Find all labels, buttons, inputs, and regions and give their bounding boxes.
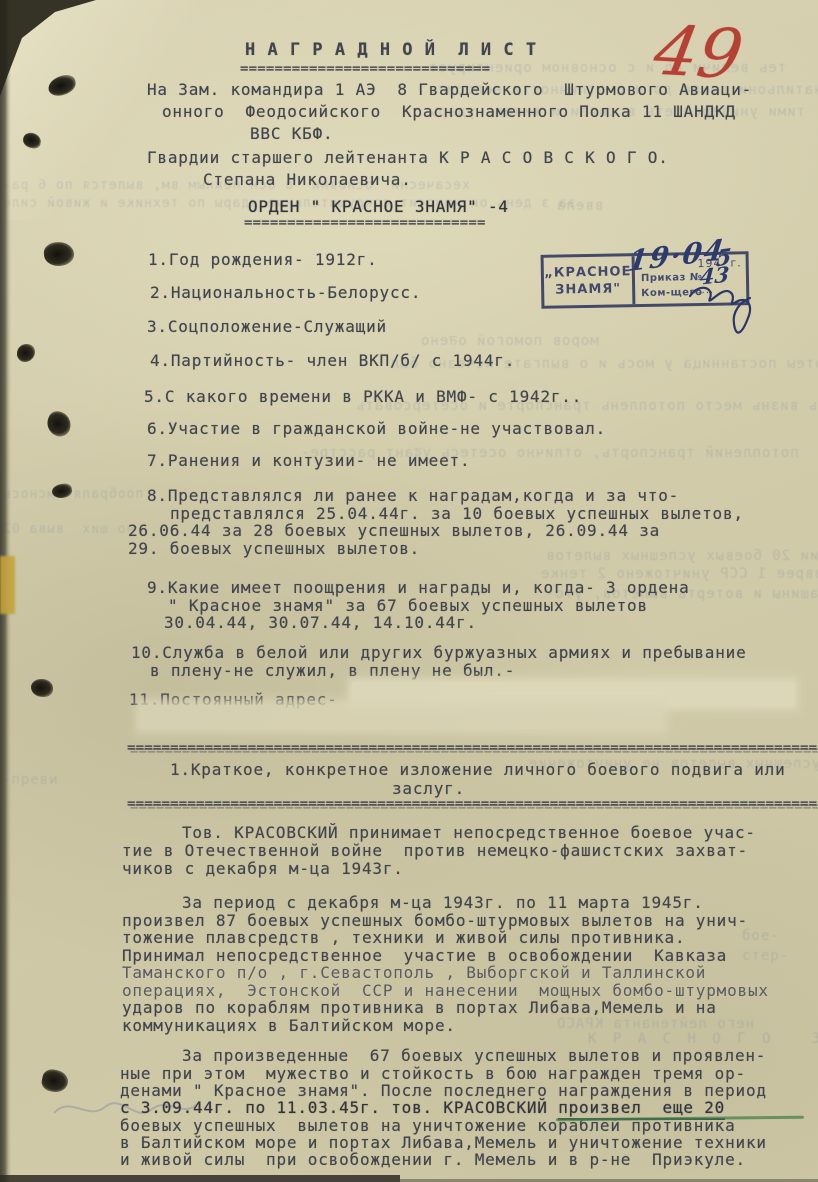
body-paragraph-2: коммуникациях в Балтийском море. bbox=[122, 1016, 456, 1035]
body-paragraph-3: За произведенные 67 боевых успешных выле… bbox=[182, 1046, 766, 1065]
bleed-through-text: пообраля омснось bbox=[2, 487, 143, 502]
recipient-name-line-1: Гвардии старшего лейтенанта К Р А С О В … bbox=[147, 148, 669, 167]
body-paragraph-2: тожение плавсредств , техники и живой си… bbox=[122, 928, 685, 947]
section-heading-line-1: 1.Краткое, конкретное изложение личного … bbox=[170, 760, 786, 779]
field-awards: 30.04.44, 30.07.44, 14.10.44г. bbox=[164, 613, 477, 632]
bleed-through-text: За произведении 20 боевых успешных вылет… bbox=[545, 548, 818, 564]
bleed-through-text: К Р А С Н О Г О З Н А Ч К И Я bbox=[588, 1031, 818, 1047]
order-underline: ============================ bbox=[244, 215, 486, 231]
punch-hole-tear bbox=[17, 344, 35, 362]
punch-hole-tear bbox=[44, 409, 75, 440]
order-title: ОРДЕН " КРАСНОЕ ЗНАМЯ" -4 bbox=[248, 197, 509, 216]
stamp-award-name-line-1: „КРАСНОЕ bbox=[544, 264, 631, 281]
title-underline: ============================= bbox=[240, 61, 490, 77]
bleed-through-text: стер- bbox=[742, 948, 789, 964]
punch-hole-tear bbox=[31, 679, 53, 697]
stamp-award-name: „КРАСНОЕ ЗНАМЯ" bbox=[544, 256, 636, 306]
bleed-through-text: бое- bbox=[742, 928, 780, 944]
document-title: Н А Г Р А Д Н О Й Л И С Т bbox=[245, 40, 537, 60]
body-text: с 3.09.44г. по 11.03.45г. тов. КРАСОВСКИ… bbox=[120, 1098, 558, 1117]
section-divider-echo: ========================================… bbox=[130, 743, 818, 759]
redaction-box bbox=[352, 682, 794, 706]
body-paragraph-1: Тов. КРАСОВСКИЙ принимает непосредственн… bbox=[182, 823, 756, 842]
punch-hole-tear bbox=[43, 240, 75, 267]
body-paragraph-3: и живой силы при освобождении г. Мемель … bbox=[120, 1150, 746, 1169]
bleed-through-text: но ших выва 02 bbox=[2, 522, 134, 537]
header-line-3: ВВС КБФ. bbox=[250, 124, 333, 143]
body-paragraph-1: тие в Отечественной войне против немецко… bbox=[122, 841, 748, 860]
award-sheet-document: теь величи гл и с основном ориентирует п… bbox=[0, 0, 818, 1182]
header-line-2: онного Феодосийского Краснознаменного По… bbox=[162, 102, 736, 121]
body-paragraph-3: с 3.09.44г. по 11.03.45г. тов. КРАСОВСКИ… bbox=[120, 1098, 725, 1117]
recipient-name-line-2: Степана Николаевича. bbox=[203, 170, 412, 189]
field-birth-year: 1.Год рождения- 1912г. bbox=[148, 250, 378, 269]
stamp-award-name-line-2: ЗНАМЯ" bbox=[555, 281, 621, 297]
body-paragraph-2: ударов по кораблям противника в портах Л… bbox=[122, 998, 717, 1017]
field-previous-nominations: 8.Представлялся ли ранее к наградам,когд… bbox=[147, 486, 679, 505]
page-number: 49 bbox=[648, 12, 748, 95]
field-white-army-service: в плену-не служил, в плену не был.- bbox=[150, 661, 515, 680]
paper-bottom-edge bbox=[0, 1175, 400, 1182]
bleed-through-text: моров помогой оतено bbox=[420, 331, 599, 350]
field-service-since: 5.С какого времени в РККА и ВМФ- с 1942г… bbox=[144, 387, 582, 406]
field-previous-nominations: 29. боевых успешных вылетов. bbox=[128, 539, 420, 558]
field-party-membership: 4.Партийность- член ВКП/б/ с 1944г. bbox=[150, 351, 515, 370]
redaction-box bbox=[140, 704, 662, 729]
body-paragraph-2: За период с декабря м-ца 1943г. по 11 ма… bbox=[182, 893, 704, 912]
field-civil-war-participation: 6.Участие в гражданской войне-не участво… bbox=[147, 419, 606, 438]
field-social-position: 3.Соцположение-Служащий bbox=[147, 317, 387, 336]
paper-crease bbox=[0, 0, 220, 220]
field-previous-nominations: 26.06.44 за 28 боевых успешных вылетов, … bbox=[128, 521, 660, 540]
bleed-through-text: него лейтенанта КРАСО bbox=[556, 1016, 754, 1032]
body-paragraph-1: чиков с декабря м-ца 1943г. bbox=[122, 859, 404, 878]
paper-stain bbox=[0, 556, 15, 614]
field-nationality: 2.Национальность-Белорусс. bbox=[150, 283, 421, 302]
section-divider-echo: ========================================… bbox=[130, 799, 818, 815]
field-white-army-service: 10.Служба в белой или других буржуазных … bbox=[131, 643, 747, 662]
body-paragraph-2: Таманского п/о , г.Севастополь , Выборгс… bbox=[122, 963, 706, 982]
field-awards: 9.Какие имеет поощрения и награды и, ког… bbox=[147, 578, 690, 597]
commander-signature bbox=[688, 278, 768, 340]
field-wounds: 7.Ранения и контузии- не имеет. bbox=[147, 451, 470, 470]
